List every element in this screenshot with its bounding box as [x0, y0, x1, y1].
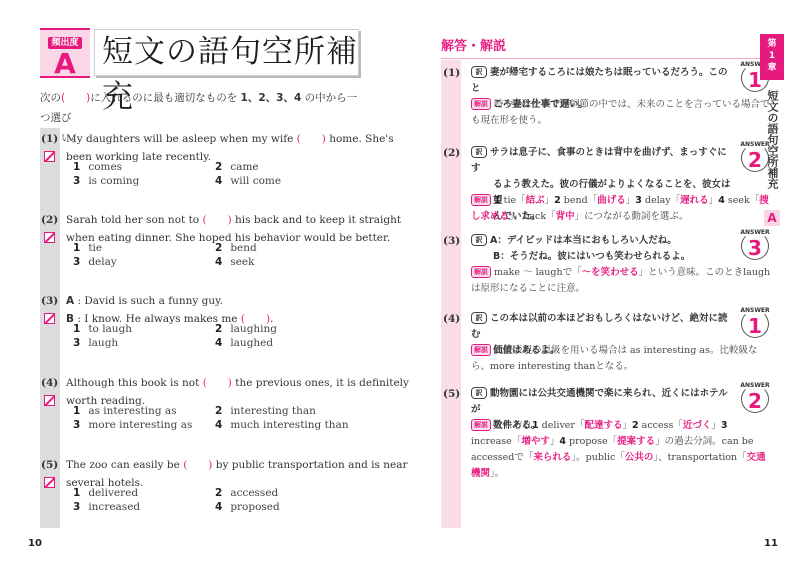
explanation: 解説比較表現の原級を用いる場合は as interesting as。比較級なら…: [471, 343, 771, 375]
checkbox-icon[interactable]: [44, 151, 55, 162]
explanation-tag: 解説: [471, 266, 491, 278]
section-title: 短文の語句空所補充: [94, 29, 359, 76]
question-number: (5): [41, 456, 58, 474]
question-number: (4): [41, 374, 58, 392]
explanation-tag: 解説: [471, 194, 491, 206]
choice-4[interactable]: 4laughed: [215, 336, 273, 350]
explanation-tag: 解説: [471, 344, 491, 356]
choice-1[interactable]: 1as interesting as: [73, 404, 177, 418]
choice-4[interactable]: 4will come: [215, 174, 281, 188]
choice-1[interactable]: 1to laugh: [73, 322, 132, 336]
answer-number: (2): [443, 145, 460, 161]
right-page: 解答・解説 (1) 訳妻が帰宅するころには娘たちは眠っているだろう。このと ころ…: [400, 0, 800, 568]
page-number-right: 11: [764, 538, 778, 549]
translation: 訳A：デイビッドは本当におもしろい人だね。 B：そうだね。彼にはいつも笑わせられ…: [471, 233, 733, 265]
explanation: 解説それぞれ1 deliver「配達する」2 access「近づく」3 incr…: [471, 418, 771, 482]
answer-stripe: [441, 60, 461, 528]
chapter-grade-badge: A: [764, 210, 780, 226]
answer-number: (1): [443, 65, 460, 81]
chapter-title-vertical: 短文の語句空所補充: [765, 90, 779, 189]
answer-badge: ANSWER 2: [737, 380, 771, 414]
choice-3[interactable]: 3increased: [73, 500, 140, 514]
answer-value: 1: [741, 315, 769, 337]
checkbox-icon[interactable]: [44, 313, 55, 324]
translation-tag: 訳: [471, 387, 487, 399]
answers-title: 解答・解説: [441, 37, 771, 59]
choice-3[interactable]: 3is coming: [73, 174, 139, 188]
explanation-tag: 解説: [471, 419, 491, 431]
question-text: Sarah told her son not to ( ) his back a…: [66, 211, 360, 247]
choice-3[interactable]: 3laugh: [73, 336, 118, 350]
choice-4[interactable]: 4seek: [215, 255, 255, 269]
explanation-tag: 解説: [471, 98, 491, 110]
left-page: 頻出度 A 短文の語句空所補充 次の( )に入れるのに最も適切なものを 1、2、…: [0, 0, 400, 568]
instr-text: 次の: [40, 92, 61, 104]
choice-2[interactable]: 2interesting than: [215, 404, 316, 418]
explanation: 解説時や条件を表す副詞節の中では、未来のことを言っている場合でも現在形を使う。: [471, 97, 771, 129]
choice-2[interactable]: 2accessed: [215, 486, 278, 500]
checkbox-icon[interactable]: [44, 477, 55, 488]
translation-tag: 訳: [471, 66, 487, 78]
choice-4[interactable]: 4proposed: [215, 500, 280, 514]
answer-badge: ANSWER 1: [737, 305, 771, 339]
question-number: (3): [41, 292, 58, 310]
checkbox-icon[interactable]: [44, 232, 55, 243]
choice-4[interactable]: 4much interesting than: [215, 418, 349, 432]
blank-paren: ( ): [61, 92, 90, 104]
choice-numbers: 1、2、3、4: [241, 92, 302, 104]
page-number-left: 10: [28, 538, 42, 549]
blank-paren: ( ): [297, 133, 326, 145]
question-number: (2): [41, 211, 58, 229]
choice-1[interactable]: 1delivered: [73, 486, 138, 500]
translation-tag: 訳: [471, 312, 487, 324]
answer-badge: ANSWER 3: [737, 227, 771, 261]
translation-tag: 訳: [471, 234, 487, 246]
answer-number: (3): [443, 233, 460, 249]
chapter-tab[interactable]: 第 1 章: [760, 34, 784, 80]
frequency-badge: 頻出度 A: [40, 28, 90, 78]
answer-number: (5): [443, 386, 460, 402]
speaker-a: A: [66, 295, 74, 307]
checkbox-icon[interactable]: [44, 395, 55, 406]
choice-3[interactable]: 3delay: [73, 255, 117, 269]
answer-value: 2: [741, 390, 769, 412]
answer-number: (4): [443, 311, 460, 327]
choice-1[interactable]: 1tie: [73, 241, 102, 255]
blank-paren: ( ): [202, 214, 231, 226]
choice-1[interactable]: 1comes: [73, 160, 122, 174]
choice-2[interactable]: 2bend: [215, 241, 257, 255]
choice-2[interactable]: 2laughing: [215, 322, 277, 336]
choice-2[interactable]: 2came: [215, 160, 259, 174]
answer-value: 3: [741, 237, 769, 259]
frequency-grade: A: [40, 49, 90, 79]
explanation: 解説make ～ laughで「～を笑わせる」という意味。このときlaughは原…: [471, 265, 771, 297]
question-number: (1): [41, 130, 58, 148]
translation-tag: 訳: [471, 146, 487, 158]
blank-paren: ( ): [203, 377, 232, 389]
instr-text: に入れるのに最も適切なものを: [90, 92, 237, 104]
blank-paren: ( ): [183, 459, 212, 471]
explanation: 解説1 tie「結ぶ」2 bend「曲げる」3 delay「遅れる」4 seek…: [471, 193, 771, 225]
choice-3[interactable]: 3more interesting as: [73, 418, 192, 432]
